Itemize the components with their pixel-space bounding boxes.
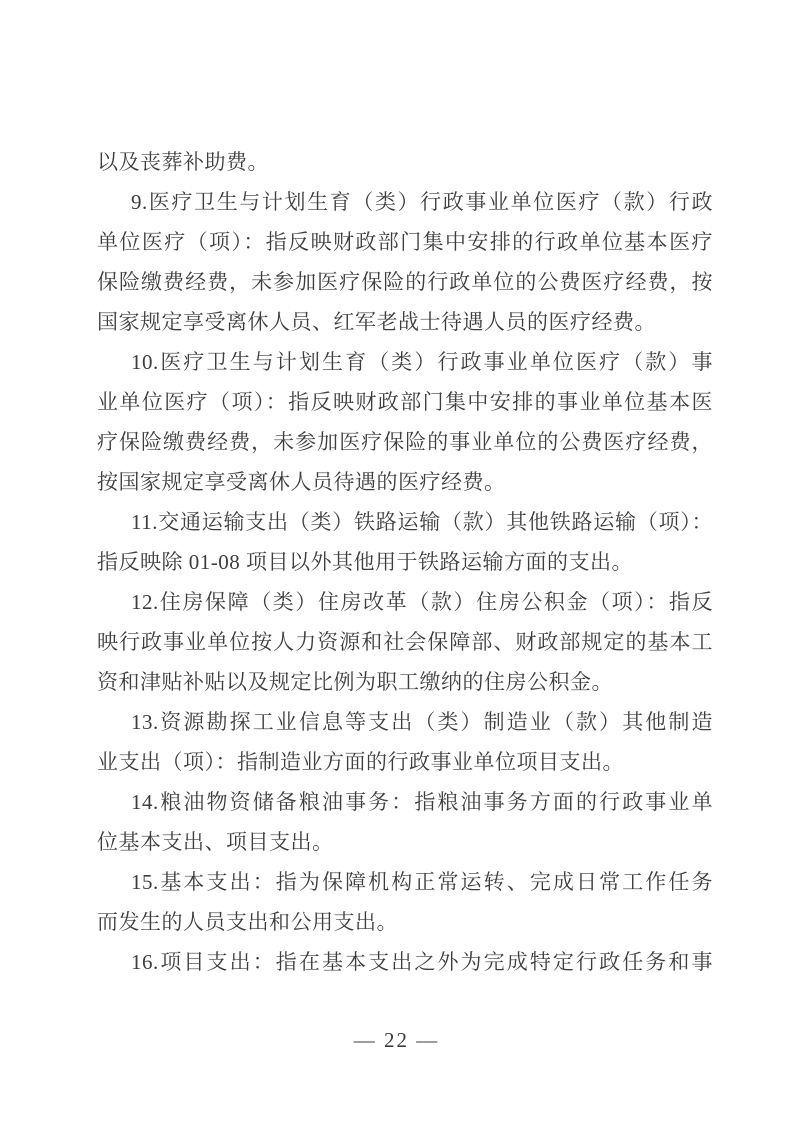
- text-line: 指反映除 01-08 项目以外其他用于铁路运输方面的支出。: [97, 542, 713, 582]
- paragraph: 15.基本支出：指为保障机构正常运转、完成日常工作任务而发生的人员支出和公用支出…: [97, 862, 713, 942]
- text-line: 11.交通运输支出（类）铁路运输（款）其他铁路运输（项）：: [97, 502, 713, 542]
- text-line: 业支出（项）：指制造业方面的行政事业单位项目支出。: [97, 742, 713, 782]
- text-line: 疗保险缴费经费，未参加医疗保险的事业单位的公费医疗经费，: [97, 422, 713, 462]
- text-line: 9.医疗卫生与计划生育（类）行政事业单位医疗（款）行政: [97, 182, 713, 222]
- text-line: 资和津贴补贴以及规定比例为职工缴纳的住房公积金。: [97, 662, 713, 702]
- text-line: 映行政事业单位按人力资源和社会保障部、财政部规定的基本工: [97, 622, 713, 662]
- document-page: 以及丧葬补助费。9.医疗卫生与计划生育（类）行政事业单位医疗（款）行政单位医疗（…: [0, 0, 793, 1122]
- text-line: 13.资源勘探工业信息等支出（类）制造业（款）其他制造: [97, 702, 713, 742]
- text-line: 国家规定享受离休人员、红军老战士待遇人员的医疗经费。: [97, 302, 713, 342]
- paragraph: 11.交通运输支出（类）铁路运输（款）其他铁路运输（项）：指反映除 01-08 …: [97, 502, 713, 582]
- paragraph: 14.粮油物资储备粮油事务：指粮油事务方面的行政事业单位基本支出、项目支出。: [97, 782, 713, 862]
- text-line: 单位医疗（项）：指反映财政部门集中安排的行政单位基本医疗: [97, 222, 713, 262]
- text-line: 16.项目支出：指在基本支出之外为完成特定行政任务和事: [97, 942, 713, 982]
- text-line: 以及丧葬补助费。: [97, 142, 713, 182]
- paragraph: 以及丧葬补助费。: [97, 142, 713, 182]
- paragraph: 16.项目支出：指在基本支出之外为完成特定行政任务和事: [97, 942, 713, 982]
- text-line: 14.粮油物资储备粮油事务：指粮油事务方面的行政事业单: [97, 782, 713, 822]
- paragraph: 13.资源勘探工业信息等支出（类）制造业（款）其他制造业支出（项）：指制造业方面…: [97, 702, 713, 782]
- document-body: 以及丧葬补助费。9.医疗卫生与计划生育（类）行政事业单位医疗（款）行政单位医疗（…: [97, 142, 713, 982]
- text-line: 10.医疗卫生与计划生育（类）行政事业单位医疗（款）事: [97, 342, 713, 382]
- paragraph: 10.医疗卫生与计划生育（类）行政事业单位医疗（款）事业单位医疗（项）：指反映财…: [97, 342, 713, 502]
- text-line: 12.住房保障（类）住房改革（款）住房公积金（项）：指反: [97, 582, 713, 622]
- text-line: 业单位医疗（项）：指反映财政部门集中安排的事业单位基本医: [97, 382, 713, 422]
- paragraph: 12.住房保障（类）住房改革（款）住房公积金（项）：指反映行政事业单位按人力资源…: [97, 582, 713, 702]
- text-line: 按国家规定享受离休人员待遇的医疗经费。: [97, 462, 713, 502]
- paragraph: 9.医疗卫生与计划生育（类）行政事业单位医疗（款）行政单位医疗（项）：指反映财政…: [97, 182, 713, 342]
- text-line: 15.基本支出：指为保障机构正常运转、完成日常工作任务: [97, 862, 713, 902]
- page-number: — 22 —: [354, 1028, 440, 1052]
- text-line: 而发生的人员支出和公用支出。: [97, 902, 713, 942]
- page-footer: — 22 —: [0, 1020, 793, 1060]
- text-line: 位基本支出、项目支出。: [97, 822, 713, 862]
- text-line: 保险缴费经费，未参加医疗保险的行政单位的公费医疗经费，按: [97, 262, 713, 302]
